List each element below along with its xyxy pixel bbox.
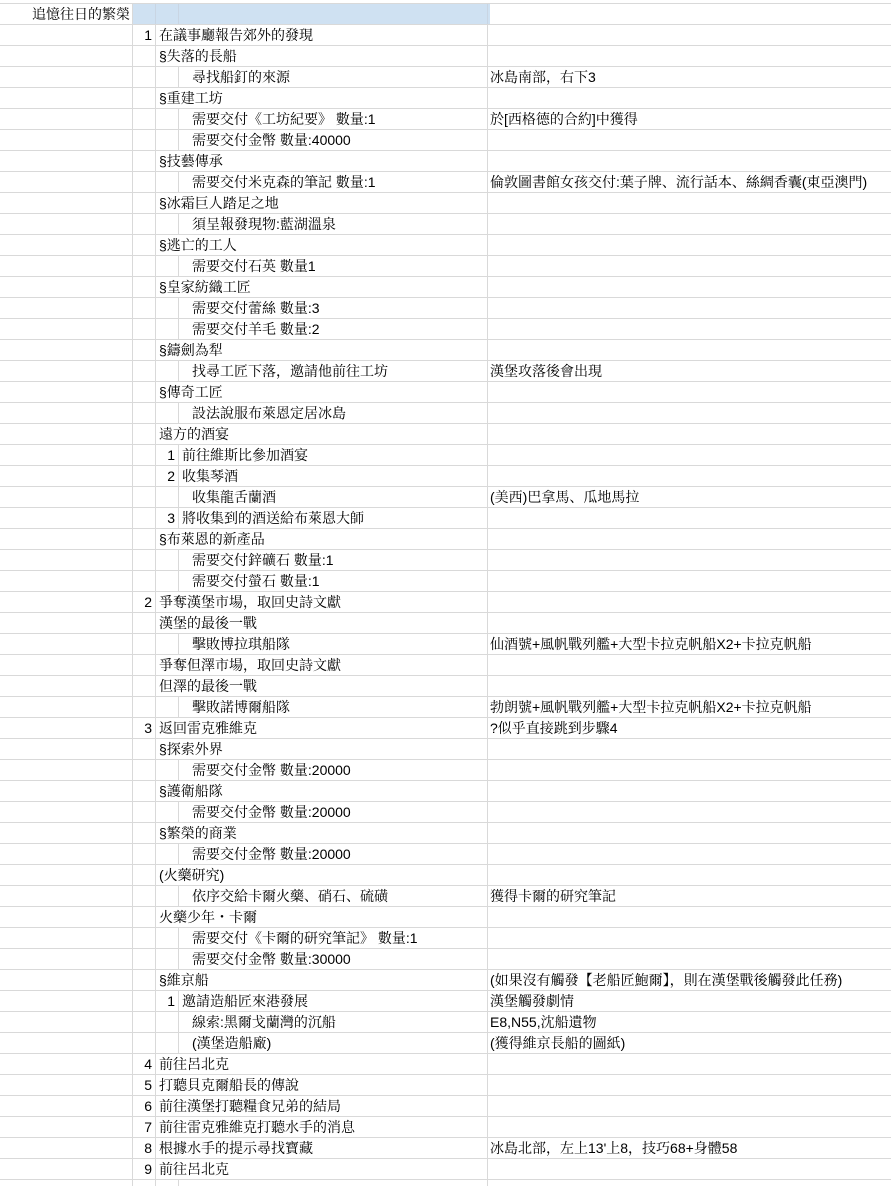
cell-section-text[interactable]: §傳奇工匠 [156,382,488,402]
cell-task-text[interactable]: 需要交付《卡爾的研究筆記》 數量:1 [179,928,488,948]
cell-colB[interactable] [133,109,156,129]
cell-note[interactable] [488,550,490,570]
cell-task-text[interactable]: 需要交付鋅礦石 數量:1 [179,550,488,570]
cell-colB[interactable] [133,970,156,990]
cell-note[interactable] [488,1054,490,1074]
sheet-row: 1前往維斯比參加酒宴 [0,445,891,466]
cell-colA[interactable] [0,571,133,591]
cell-colA[interactable] [0,886,133,906]
sheet-row: 尋找船釘的來源冰島南部，右下3 [0,67,891,88]
cell-section-text[interactable]: §繁榮的商業 [156,823,488,843]
cell-task-text[interactable]: 收集琴酒 [179,466,488,486]
cell-colC[interactable] [156,319,179,339]
cell-colA[interactable] [0,319,133,339]
sheet-row: 2爭奪漢堡市場，取回史詩文獻 [0,592,891,613]
cell-section-text[interactable]: §鑄劍為犁 [156,340,488,360]
sheet-row: 4前往呂北克 [0,1054,891,1075]
cell-note[interactable] [488,235,490,255]
cell-colA[interactable] [0,781,133,801]
cell-colA[interactable] [0,445,133,465]
cell-section-text[interactable]: 漢堡的最後一戰 [156,613,488,633]
sheet-row: 遠方的酒宴 [0,424,891,445]
spreadsheet: 追憶往日的繁榮 1在議事廳報告郊外的發現§失落的長船尋找船釘的來源冰島南部，右下… [0,0,891,1186]
cell-substep-number[interactable]: 1 [156,445,179,465]
cell-colB[interactable] [133,886,156,906]
cell-section-text[interactable]: (火藥研究) [156,865,488,885]
cell-note[interactable] [488,1117,490,1137]
cell-note[interactable]: 冰島北部，左上13'上8，技巧68+身體58 [488,1138,737,1158]
sheet-row: 3返回雷克雅維克?似乎直接跳到步驟4 [0,718,891,739]
cell-colA[interactable] [0,802,133,822]
cell-task-text[interactable]: 需要交付金幣 數量:20000 [179,844,488,864]
cell-note[interactable] [488,865,490,885]
cell-note[interactable] [488,802,490,822]
cell-colC[interactable] [156,634,179,654]
cell-task-text[interactable]: 依序交給卡爾火藥、硝石、硫磺 [179,886,488,906]
cell-step-number[interactable]: 8 [133,1138,156,1158]
sheet-row: §技藝傳承 [0,151,891,172]
cell-note[interactable] [488,1075,490,1095]
cell-colB[interactable] [133,760,156,780]
cell-note[interactable] [488,445,490,465]
cell-colB[interactable] [133,1180,156,1186]
cell-step-number[interactable]: 9 [133,1159,156,1179]
sheet-row: §布萊恩的新產品 [0,529,891,550]
cell-task-text[interactable]: 需要交付金幣 數量:20000 [179,760,488,780]
cell-colA[interactable] [0,1012,133,1032]
cell-colB[interactable] [133,130,156,150]
cell-colB[interactable] [133,529,156,549]
cell-colA[interactable] [0,25,133,45]
cell-colA[interactable] [0,424,133,444]
cell-section-text[interactable]: §維京船 [156,970,488,990]
cell-colC[interactable] [156,550,179,570]
header-cell-e[interactable] [488,4,490,24]
cell-task-text[interactable]: 在議事廳報告郊外的發現 [156,25,488,45]
sheet-row: 需要交付《工坊紀要》 數量:1於[西格德的合約]中獲得 [0,109,891,130]
cell-task-text[interactable]: 需要交付螢石 數量:1 [179,571,488,591]
cell-colB[interactable] [133,1033,156,1053]
cell-note[interactable] [488,88,490,108]
cell-colC[interactable] [156,403,179,423]
cell-step-number[interactable]: 5 [133,1075,156,1095]
cell-task-text[interactable]: 找尋工匠下落，邀請他前往工坊 [179,361,488,381]
cell-colA[interactable] [0,1075,133,1095]
cell-colA[interactable] [0,298,133,318]
cell-colC[interactable] [156,1180,179,1186]
header-cell-b[interactable] [133,4,156,24]
cell-note[interactable] [488,739,490,759]
cell-colA[interactable] [0,928,133,948]
cell-task-text[interactable]: 擊敗博拉琪船隊 [179,634,488,654]
cell-colC[interactable] [156,802,179,822]
cell-colA[interactable] [0,1138,133,1158]
sheet-row: 需要交付金幣 數量:30000 [0,949,891,970]
cell-section-text[interactable]: §重建工坊 [156,88,488,108]
cell-colA[interactable] [0,970,133,990]
cell-note[interactable] [488,214,490,234]
sheet-row: §繁榮的商業 [0,823,891,844]
sheet-row: 需要交付蕾絲 數量:3 [0,298,891,319]
cell-colA[interactable] [0,193,133,213]
sheet-body: 1在議事廳報告郊外的發現§失落的長船尋找船釘的來源冰島南部，右下3§重建工坊需要… [0,25,891,1180]
sheet-row: 但澤的最後一戰 [0,676,891,697]
cell-task-text[interactable]: 返回雷克雅維克 [156,718,488,738]
cell-colB[interactable] [133,466,156,486]
cell-colA[interactable] [0,760,133,780]
cell-colB[interactable] [133,319,156,339]
header-cell-c[interactable] [156,4,179,24]
cell-colB[interactable] [133,151,156,171]
cell-step-number[interactable]: 3 [133,718,156,738]
cell-colB[interactable] [133,844,156,864]
cell-colA[interactable] [0,256,133,276]
sheet-row: (火藥研究) [0,865,891,886]
cell-task-text[interactable]: 需要交付金幣 數量:30000 [179,949,488,969]
cell-colA[interactable] [0,1054,133,1074]
sheet-row: 需要交付米克森的筆記 數量:1倫敦圖書館女孩交付:葉子牌、流行話本、絲綢香囊(東… [0,172,891,193]
cell-task-text[interactable]: 尋找船釘的來源 [179,67,488,87]
sheet-row: 2收集琴酒 [0,466,891,487]
header-row: 追憶往日的繁榮 [0,3,891,25]
sheet-row: §探索外界 [0,739,891,760]
sheet-row: §冰霜巨人踏足之地 [0,193,891,214]
cell-colE[interactable] [488,1180,490,1186]
cell-substep-number[interactable]: 2 [156,466,179,486]
cell-colB[interactable] [133,424,156,444]
cell-colC[interactable] [156,760,179,780]
cell-colB[interactable] [133,550,156,570]
cell-note[interactable] [488,613,490,633]
cell-colB[interactable] [133,277,156,297]
cell-note[interactable] [488,592,490,612]
sheet-row: §皇家紡織工匠 [0,277,891,298]
sheet-row: 漢堡的最後一戰 [0,613,891,634]
sheet-row: §逃亡的工人 [0,235,891,256]
cell-colA[interactable] [0,529,133,549]
cell-colA[interactable] [0,1096,133,1116]
cell-colA[interactable] [0,46,133,66]
cell-colB[interactable] [133,193,156,213]
cell-colB[interactable] [133,676,156,696]
cell-colA[interactable] [0,235,133,255]
cell-substep-number[interactable]: 1 [156,991,179,1011]
cell-task-text[interactable]: 前往雷克雅維克打聽水手的消息 [156,1117,488,1137]
sheet-row: §傳奇工匠 [0,382,891,403]
cell-note[interactable]: 勃朗號+風帆戰列艦+大型卡拉克帆船X2+卡拉克帆船 [488,697,812,717]
cell-note[interactable]: (美西)巴拿馬、瓜地馬拉 [488,487,639,507]
cell-colA[interactable] [0,109,133,129]
cell-note[interactable] [488,298,490,318]
sheet-row: §維京船(如果沒有觸發【老船匠鮑爾】，則在漢堡戰後觸發此任務) [0,970,891,991]
cell-task-text[interactable]: 擊敗諾博爾船隊 [179,697,488,717]
cell-section-text[interactable]: §技藝傳承 [156,151,488,171]
cell-colA[interactable] [0,718,133,738]
cell-colC[interactable] [156,571,179,591]
cell-colA[interactable] [0,466,133,486]
cell-task-text[interactable]: (漢堡造船廠) [179,1033,488,1053]
cell-note[interactable]: ?似乎直接跳到步驟4 [488,718,618,738]
cell-note[interactable] [488,466,490,486]
cell-note[interactable] [488,1159,490,1179]
cell-colC[interactable] [156,1012,179,1032]
cell-colA[interactable] [0,361,133,381]
sheet-row: §護衛船隊 [0,781,891,802]
cell-step-number[interactable]: 4 [133,1054,156,1074]
cell-note[interactable] [488,529,490,549]
cell-note[interactable]: (如果沒有觸發【老船匠鮑爾】，則在漢堡戰後觸發此任務) [488,970,842,990]
cell-task-text[interactable]: 將收集到的酒送給布萊恩大師 [179,508,488,528]
cell-task-text[interactable]: 收集龍舌蘭酒 [179,487,488,507]
cell-colD[interactable] [179,1180,488,1186]
cell-colA[interactable] [0,634,133,654]
cell-section-text[interactable]: 遠方的酒宴 [156,424,488,444]
cell-colA[interactable] [0,655,133,675]
cell-step-number[interactable]: 2 [133,592,156,612]
cell-note[interactable] [488,928,490,948]
cell-colC[interactable] [156,109,179,129]
cell-note[interactable]: (獲得維京長船的圖紙) [488,1033,625,1053]
cell-note[interactable] [488,1096,490,1116]
quest-title-cell[interactable]: 追憶往日的繁榮 [0,4,133,24]
sheet-row: 1邀請造船匠來港發展漢堡觸發劇情 [0,991,891,1012]
cell-colB[interactable] [133,907,156,927]
cell-colB[interactable] [133,88,156,108]
cell-colA[interactable] [0,214,133,234]
cell-task-text[interactable]: 爭奪漢堡市場，取回史詩文獻 [156,592,488,612]
sheet-row: 1在議事廳報告郊外的發現 [0,25,891,46]
cell-note[interactable] [488,25,490,45]
cell-colB[interactable] [133,67,156,87]
sheet-row: 需要交付石英 數量1 [0,256,891,277]
cell-colB[interactable] [133,382,156,402]
cell-colC[interactable] [156,67,179,87]
cell-colA[interactable] [0,697,133,717]
cell-colB[interactable] [133,823,156,843]
cell-task-text[interactable]: 需要交付蕾絲 數量:3 [179,298,488,318]
cell-colB[interactable] [133,445,156,465]
cell-colC[interactable] [156,256,179,276]
cell-task-text[interactable]: 需要交付羊毛 數量:2 [179,319,488,339]
cell-colA[interactable] [0,676,133,696]
sheet-row: 需要交付金幣 數量:40000 [0,130,891,151]
cell-section-text[interactable]: §冰霜巨人踏足之地 [156,193,488,213]
cell-colB[interactable] [133,298,156,318]
sheet-row: §重建工坊 [0,88,891,109]
cell-note[interactable] [488,424,490,444]
cell-colB[interactable] [133,1012,156,1032]
cell-note[interactable] [488,277,490,297]
cell-task-text[interactable]: 前往呂北克 [156,1159,488,1179]
sheet-row: 9前往呂北克 [0,1159,891,1180]
cell-task-text[interactable]: 需要交付《工坊紀要》 數量:1 [179,109,488,129]
cell-note[interactable]: 獲得卡爾的研究筆記 [488,886,616,906]
cell-task-text[interactable]: 前往維斯比參加酒宴 [179,445,488,465]
cell-note[interactable] [488,193,490,213]
cell-colB[interactable] [133,634,156,654]
cell-task-text[interactable]: 需要交付金幣 數量:20000 [179,802,488,822]
cell-colC[interactable] [156,928,179,948]
cell-colC[interactable] [156,949,179,969]
cell-colB[interactable] [133,655,156,675]
cell-colA[interactable] [0,277,133,297]
sheet-row: 線索:黑爾戈蘭灣的沉船E8,N55,沈船遺物 [0,1012,891,1033]
cell-colB[interactable] [133,928,156,948]
cell-colC[interactable] [156,361,179,381]
cell-task-text[interactable]: 需要交付金幣 數量:40000 [179,130,488,150]
cell-colA[interactable] [0,739,133,759]
cell-colB[interactable] [133,214,156,234]
cell-task-text[interactable]: 需要交付石英 數量1 [179,256,488,276]
cell-note[interactable] [488,781,490,801]
sheet-row: 擊敗博拉琪船隊仙酒號+風帆戰列艦+大型卡拉克帆船X2+卡拉克帆船 [0,634,891,655]
cell-note[interactable]: 漢堡觸發劇情 [488,991,574,1011]
cell-note[interactable] [488,949,490,969]
cell-colA[interactable] [0,130,133,150]
cell-colB[interactable] [133,361,156,381]
cell-colC[interactable] [156,697,179,717]
cell-colC[interactable] [156,172,179,192]
cell-colA[interactable] [0,844,133,864]
cell-colB[interactable] [133,340,156,360]
cell-note[interactable]: 倫敦圖書館女孩交付:葉子牌、流行話本、絲綢香囊(東亞澳門) [488,172,867,192]
cell-colB[interactable] [133,256,156,276]
cell-note[interactable] [488,571,490,591]
cell-colA[interactable] [0,823,133,843]
cell-task-text[interactable]: 打聽貝克爾船長的傳說 [156,1075,488,1095]
header-cell-d[interactable] [179,4,488,24]
cell-note[interactable] [488,508,490,528]
sheet-row: 擊敗諾博爾船隊勃朗號+風帆戰列艦+大型卡拉克帆船X2+卡拉克帆船 [0,697,891,718]
cell-colA[interactable] [0,88,133,108]
cell-colA[interactable] [0,907,133,927]
cell-colA[interactable] [0,487,133,507]
cell-colA[interactable] [0,592,133,612]
cell-task-text[interactable]: 前往漢堡打聽糧食兄弟的結局 [156,1096,488,1116]
cell-colC[interactable] [156,1033,179,1053]
cell-note[interactable] [488,403,490,423]
sheet-row: §鑄劍為犁 [0,340,891,361]
cell-colB[interactable] [133,172,156,192]
cell-colB[interactable] [133,613,156,633]
cell-task-text[interactable]: 根據水手的提示尋找寶藏 [156,1138,488,1158]
cell-task-text[interactable]: 須呈報發現物:藍湖溫泉 [179,214,488,234]
cell-section-text[interactable]: 火藥少年・卡爾 [156,907,488,927]
cell-note[interactable]: 仙酒號+風帆戰列艦+大型卡拉克帆船X2+卡拉克帆船 [488,634,812,654]
sheet-row: 6前往漢堡打聽糧食兄弟的結局 [0,1096,891,1117]
cell-section-text[interactable]: §護衛船隊 [156,781,488,801]
cell-note[interactable]: 冰島南部，右下3 [488,67,596,87]
cell-colA[interactable] [0,1033,133,1053]
cell-colA[interactable] [0,403,133,423]
cell-colA[interactable] [0,949,133,969]
cell-note[interactable] [488,382,490,402]
cell-colA[interactable] [0,865,133,885]
sheet-row: 5打聽貝克爾船長的傳說 [0,1075,891,1096]
cell-colA[interactable] [0,67,133,87]
cell-colB[interactable] [133,865,156,885]
cell-substep-number[interactable]: 3 [156,508,179,528]
cell-colA[interactable] [0,550,133,570]
sheet-row: §失落的長船 [0,46,891,67]
cell-note[interactable] [488,256,490,276]
cell-colC[interactable] [156,844,179,864]
cell-colB[interactable] [133,991,156,1011]
cell-colB[interactable] [133,46,156,66]
cell-note[interactable]: 漢堡攻落後會出現 [488,361,602,381]
cell-colC[interactable] [156,487,179,507]
cell-section-text[interactable]: 但澤的最後一戰 [156,676,488,696]
cell-colC[interactable] [156,298,179,318]
cell-colB[interactable] [133,949,156,969]
cell-task-text[interactable]: 需要交付米克森的筆記 數量:1 [179,172,488,192]
cell-section-text[interactable]: §失落的長船 [156,46,488,66]
cell-task-text[interactable]: 設法說服布萊恩定居冰島 [179,403,488,423]
cell-colC[interactable] [156,214,179,234]
cell-section-text[interactable]: §布萊恩的新產品 [156,529,488,549]
cell-section-text[interactable]: §逃亡的工人 [156,235,488,255]
cell-note[interactable] [488,151,490,171]
sheet-row: 需要交付金幣 數量:20000 [0,802,891,823]
cell-colA[interactable] [0,382,133,402]
cell-colB[interactable] [133,508,156,528]
cell-colB[interactable] [133,697,156,717]
cell-task-text[interactable]: 線索:黑爾戈蘭灣的沉船 [179,1012,488,1032]
cell-note[interactable] [488,130,490,150]
cell-colA[interactable] [0,1159,133,1179]
cell-step-number[interactable]: 6 [133,1096,156,1116]
cell-colA[interactable] [0,613,133,633]
cell-colA[interactable] [0,1117,133,1137]
cell-colA[interactable] [0,991,133,1011]
cell-note[interactable] [488,655,490,675]
cell-note[interactable]: 於[西格德的合約]中獲得 [488,109,638,129]
cell-colC[interactable] [156,130,179,150]
cell-colA[interactable] [0,1180,133,1186]
sheet-row: 爭奪但澤市場，取回史詩文獻 [0,655,891,676]
cell-colB[interactable] [133,739,156,759]
cell-task-text[interactable]: 邀請造船匠來港發展 [179,991,488,1011]
cell-note[interactable] [488,319,490,339]
cell-note[interactable] [488,46,490,66]
cell-step-number[interactable]: 7 [133,1117,156,1137]
cell-colA[interactable] [0,508,133,528]
cell-note[interactable]: E8,N55,沈船遺物 [488,1012,597,1032]
cell-colA[interactable] [0,151,133,171]
cell-colA[interactable] [0,340,133,360]
cell-colB[interactable] [133,235,156,255]
cell-colB[interactable] [133,571,156,591]
cell-note[interactable] [488,907,490,927]
cell-note[interactable] [488,844,490,864]
cell-task-text[interactable]: 前往呂北克 [156,1054,488,1074]
cell-colB[interactable] [133,403,156,423]
cell-section-text[interactable]: §探索外界 [156,739,488,759]
cell-note[interactable] [488,760,490,780]
cell-section-text[interactable]: §皇家紡織工匠 [156,277,488,297]
cell-colA[interactable] [0,172,133,192]
cell-section-text[interactable]: 爭奪但澤市場，取回史詩文獻 [156,655,488,675]
cell-colB[interactable] [133,487,156,507]
cell-step-number[interactable]: 1 [133,25,156,45]
sheet-row: 火藥少年・卡爾 [0,907,891,928]
cell-note[interactable] [488,676,490,696]
cell-colB[interactable] [133,802,156,822]
cell-note[interactable] [488,340,490,360]
cell-colC[interactable] [156,886,179,906]
cell-note[interactable] [488,823,490,843]
cell-colB[interactable] [133,781,156,801]
